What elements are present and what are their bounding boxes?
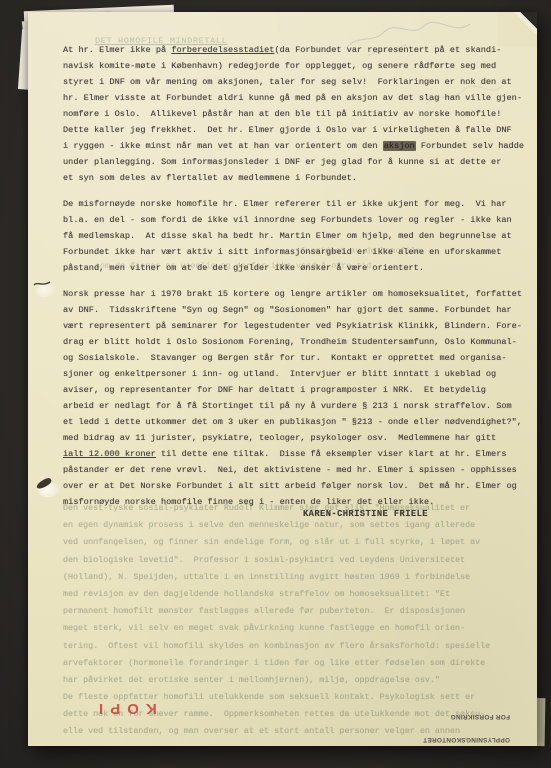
typewritten-line: tering. Oftest vil homofili skyldes en k… [63,638,533,655]
typewritten-line: arbeid er nedlagt for å få Stortinget ti… [63,398,533,414]
typewritten-line: har påvirket det erotiske senter i mello… [63,672,533,689]
typewritten-line: hr. Elmer visste at Forbundet aldri kunn… [63,90,533,106]
typewritten-line: meget sterk, vil selv en meget svak påvi… [63,620,533,637]
typewritten-line: sjoner og enkeltpersoner i inn- og utlan… [63,366,533,382]
typewritten-line: drag er blitt holdt i Oslo Sosionom Fore… [63,334,533,350]
typewritten-line: i ryggen - ikke minst når man vet at han… [63,138,533,154]
typewritten-text: At hr. Elmer ikke på forberedelsesstadie… [63,42,533,510]
folded-corner [497,12,537,46]
typewritten-line: permanent homofilt mønster fastlegges al… [63,603,533,620]
office-stamp: OPPLYSNINGSKONTORET FOR FORSIKRING [398,698,510,758]
typewritten-line: Dette kaller jeg frekkhet. Det hr. Elmer… [63,122,533,138]
photo-background: DET HOMOFILE MINDRETALL Den vest-tyske s… [0,0,551,768]
typewritten-line: med revisjon av den dagjeldende hollands… [63,586,533,603]
typewritten-line: påstander er det rene vrøvl. Nei, det ak… [63,462,533,478]
typewritten-line: ved unnfangelsen, og finner sin endelige… [63,534,533,551]
paragraph: At hr. Elmer ikke på forberedelsesstadie… [63,42,533,186]
office-stamp-line1: OPPLYSNINGSKONTORET [398,736,510,744]
typewritten-line: (Holland), N. Speijden, uttalte i en inn… [63,569,533,586]
typewritten-line: et syn som deles av flertallet av medlem… [63,170,533,186]
document-page: DET HOMOFILE MINDRETALL Den vest-tyske s… [28,12,537,746]
typewritten-line: misfornøyde norske homofile finne seg i … [63,494,533,510]
typewritten-line: styret i DNF om vår mening om aksjonen, … [63,74,533,90]
kopi-stamp: KOPI [92,700,157,717]
typewritten-line: påstand, men vitner om at de det gjelder… [63,260,533,276]
paragraph: Norsk presse har i 1970 brakt 15 kortere… [63,286,533,510]
typewritten-line: under planlegging. Som informasjonsleder… [63,154,533,170]
typewritten-line: et ledd i dette utkommer det om 3 uker e… [63,414,533,430]
typewritten-line: bl.a. en del - som fordi de ikke vil inn… [63,212,533,228]
typewritten-line: ialt 12.000 kroner til dette ene tiltak.… [63,446,533,462]
typewritten-line: navisk komite-møte i København) redegjor… [63,58,533,74]
typewritten-line: aviser, og representanter for DNF har de… [63,382,533,398]
typewritten-line: med bidrag av 11 jurister, psykiatre, te… [63,430,533,446]
typewritten-line: De misfornøyde norske homofile hr. Elmer… [63,196,533,212]
typewritten-line: vært representert på seminarer for leges… [63,318,533,334]
typewritten-line: en egen dynamisk prosess i selve den men… [63,517,533,534]
typewritten-line: Norsk presse har i 1970 brakt 15 kortere… [63,286,533,302]
typewritten-line: over er at Det Norske Forbundet i alt si… [63,478,533,494]
typewritten-line: få medlemskap. At disse skal ha bedt hr.… [63,228,533,244]
typewritten-line: Forbundet ikke har vært aktiv i sitt inf… [63,244,533,260]
typewritten-line: At hr. Elmer ikke på forberedelsesstadie… [63,42,533,58]
typewritten-line: arvefaktorer (hormonelle forandringer i … [63,655,533,672]
typewritten-line: av DNF. Tidsskriftene "Syn og Segn" og "… [63,302,533,318]
typewritten-line: og Sosialskole. Stavanger og Bergen står… [63,350,533,366]
paragraph: De misfornøyde norske homofile hr. Elmer… [63,196,533,276]
typewritten-line: nomføre i Oslo. Allikevel påstår han at … [63,106,533,122]
office-stamp-line2: FOR FORSIKRING [398,713,510,721]
margin-pen-mark [32,279,52,289]
typewritten-line: den biologiske levetid". Professor i sos… [63,552,533,569]
signature: KAREN-CHRISTINE FRIELE [303,509,428,519]
